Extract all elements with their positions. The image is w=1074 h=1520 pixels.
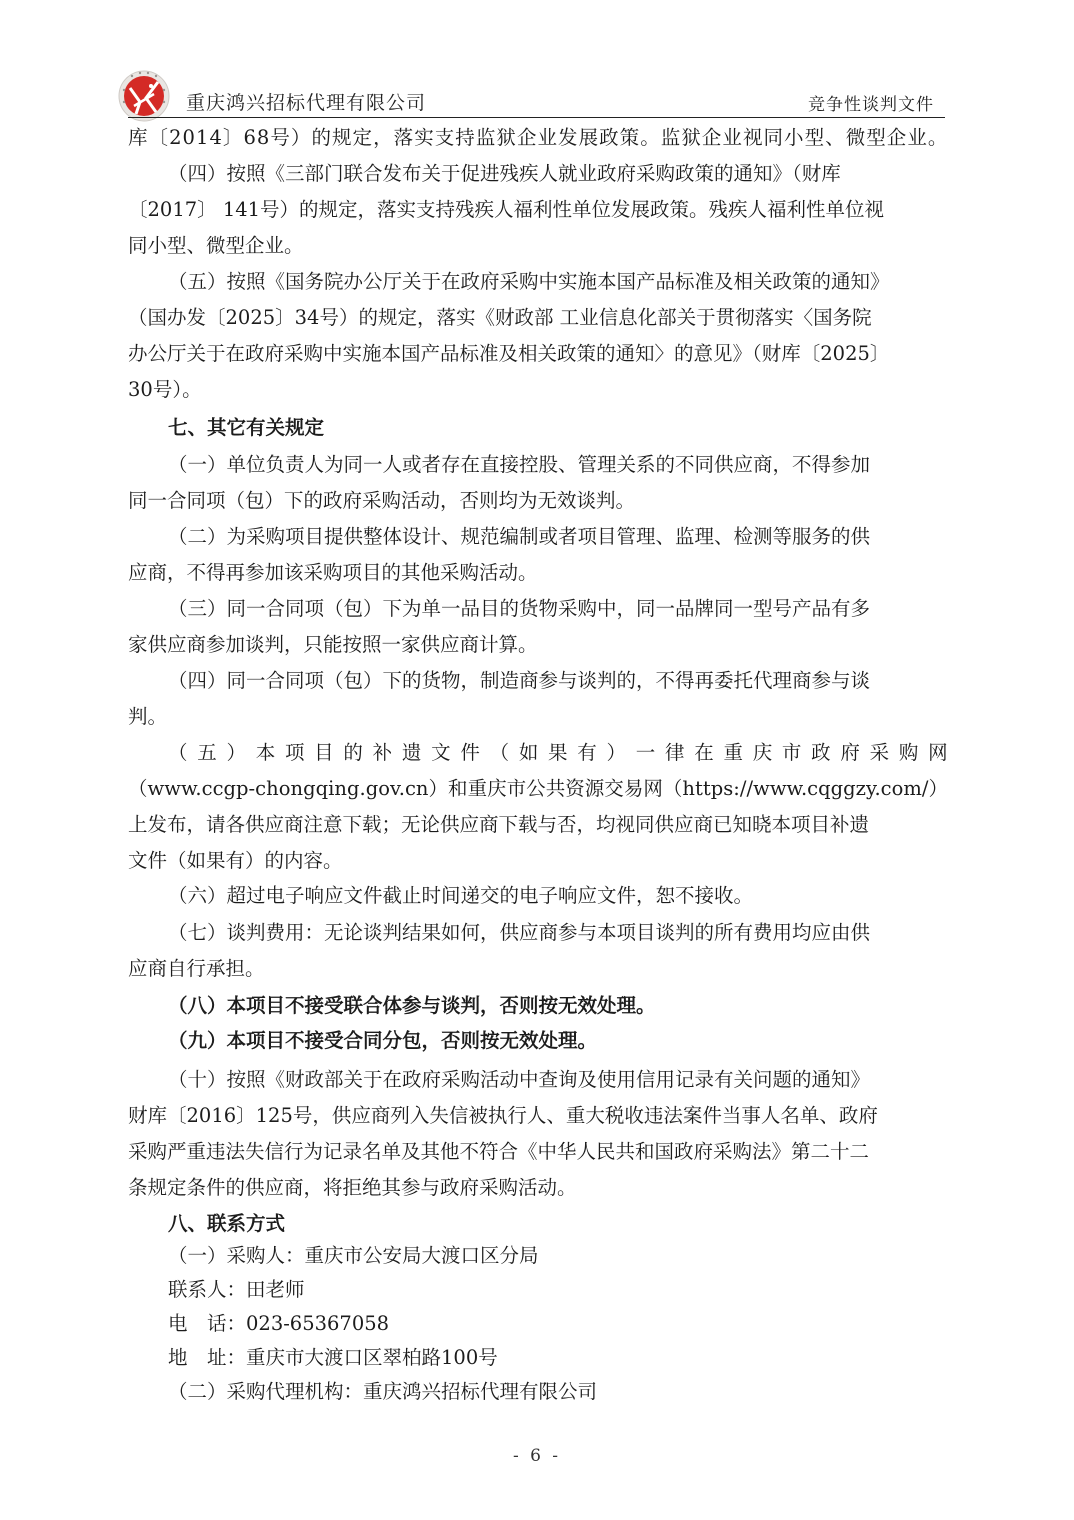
text-char: 律 bbox=[665, 735, 685, 771]
text-char: 项 bbox=[285, 735, 305, 771]
text-line: （七）谈判费用：无论谈判结果如何，供应商参与本项目谈判的所有费用均应由供 bbox=[168, 915, 870, 951]
text-char: 件 bbox=[460, 735, 480, 771]
text-char: 遗 bbox=[402, 735, 422, 771]
header-divider bbox=[128, 117, 945, 118]
text-line: 库〔2014〕68号）的规定，落实支持监狱企业发展政策。监狱企业视同小型、微型企… bbox=[128, 120, 948, 156]
page-header: 重庆鸿兴招标代理有限公司 竞争性谈判文件 bbox=[126, 68, 944, 118]
text-line: 文件（如果有）的内容。 bbox=[128, 843, 343, 879]
text-char: 补 bbox=[373, 735, 393, 771]
text-char: ） bbox=[226, 735, 246, 771]
text-char: 庆 bbox=[753, 735, 773, 771]
text-line: （四）按照《三部门联合发布关于促进残疾人就业政府采购政策的通知》（财库 bbox=[168, 156, 841, 192]
text-char: 在 bbox=[694, 735, 714, 771]
text-line: （国办发〔2025〕34号）的规定，落实《财政部 工业信息化部关于贯彻落实〈国务… bbox=[128, 300, 872, 336]
text-line: 同一合同项（包）下的政府采购活动，否则均为无效谈判。 bbox=[128, 483, 635, 519]
section-heading: 七、其它有关规定 bbox=[168, 410, 324, 446]
text-char: 一 bbox=[636, 735, 656, 771]
company-seal-logo-icon bbox=[118, 68, 170, 124]
text-line: 电 话：023-65367058 bbox=[168, 1306, 389, 1342]
text-char: 采 bbox=[870, 735, 890, 771]
header-company-name: 重庆鸿兴招标代理有限公司 bbox=[186, 88, 426, 115]
text-line: 采购严重违法失信行为记录名单及其他不符合《中华人民共和国政府采购法》第二十二 bbox=[128, 1134, 869, 1170]
page-number: - 6 - bbox=[0, 1446, 1074, 1466]
text-line: （四）同一合同项（包）下的货物，制造商参与谈判的，不得再委托代理商参与谈 bbox=[168, 663, 870, 699]
text-char: 市 bbox=[782, 735, 802, 771]
text-line: 地 址：重庆市大渡口区翠柏路100号 bbox=[168, 1340, 498, 1376]
text-char: 政 bbox=[811, 735, 831, 771]
section-heading: 八、联系方式 bbox=[168, 1206, 285, 1242]
section-heading: （八）本项目不接受联合体参与谈判，否则按无效处理。 bbox=[168, 988, 656, 1024]
header-document-type: 竞争性谈判文件 bbox=[808, 90, 934, 115]
text-line: 条规定条件的供应商，将拒绝其参与政府采购活动。 bbox=[128, 1170, 577, 1206]
text-line: 联系人：田老师 bbox=[168, 1272, 305, 1308]
text-line: 同小型、微型企业。 bbox=[128, 228, 304, 264]
text-char: 的 bbox=[343, 735, 363, 771]
text-char: 果 bbox=[548, 735, 568, 771]
text-line: （二）为采购项目提供整体设计、规范编制或者项目管理、监理、检测等服务的供 bbox=[168, 519, 870, 555]
text-line: 判。 bbox=[128, 699, 167, 735]
text-line: （十）按照《财政部关于在政府采购活动中查询及使用信用记录有关问题的通知》 bbox=[168, 1062, 870, 1098]
text-char: 网 bbox=[928, 735, 948, 771]
text-line: （五）本项目的补遗文件（如果有）一律在重庆市政府采购网 bbox=[168, 735, 948, 771]
text-line: 办公厅关于在政府采购中实施本国产品标准及相关政策的通知〉的意见》（财库〔2025… bbox=[128, 336, 889, 372]
text-char: 五 bbox=[197, 735, 217, 771]
text-char: 目 bbox=[314, 735, 334, 771]
text-line: 〔2017〕 141号）的规定，落实支持残疾人福利性单位发展政策。残疾人福利性单… bbox=[128, 192, 884, 228]
text-char: （ bbox=[490, 735, 510, 771]
text-char: 购 bbox=[899, 735, 919, 771]
text-line: 上发布，请各供应商注意下载；无论供应商下载与否，均视同供应商已知晓本项目补遗 bbox=[128, 807, 869, 843]
text-line: 财库〔2016〕125号，供应商列入失信被执行人、重大税收违法案件当事人名单、政… bbox=[128, 1098, 878, 1134]
text-char: （ bbox=[168, 735, 188, 771]
section-heading: （九）本项目不接受合同分包，否则按无效处理。 bbox=[168, 1023, 597, 1059]
text-char: ） bbox=[607, 735, 627, 771]
text-line: 应商自行承担。 bbox=[128, 951, 265, 987]
text-line: （六）超过电子响应文件截止时间递交的电子响应文件，恕不接收。 bbox=[168, 878, 753, 914]
text-char: 如 bbox=[519, 735, 539, 771]
text-line: （www.ccgp-chongqing.gov.cn）和重庆市公共资源交易网（h… bbox=[128, 771, 948, 807]
text-char: 重 bbox=[723, 735, 743, 771]
text-char: 本 bbox=[256, 735, 276, 771]
text-line: （三）同一合同项（包）下为单一品目的货物采购中，同一品牌同一型号产品有多 bbox=[168, 591, 870, 627]
text-line: （二）采购代理机构：重庆鸿兴招标代理有限公司 bbox=[168, 1374, 597, 1410]
text-line: 30号）。 bbox=[128, 372, 202, 408]
text-line: （五）按照《国务院办公厅关于在政府采购中实施本国产品标准及相关政策的通知》 bbox=[168, 264, 890, 300]
text-line: 家供应商参加谈判，只能按照一家供应商计算。 bbox=[128, 627, 538, 663]
text-char: 有 bbox=[577, 735, 597, 771]
document-page: 重庆鸿兴招标代理有限公司 竞争性谈判文件 库〔2014〕68号）的规定，落实支持… bbox=[0, 0, 1074, 1520]
text-line: 应商，不得再参加该采购项目的其他采购活动。 bbox=[128, 555, 538, 591]
text-char: 府 bbox=[840, 735, 860, 771]
text-line: （一）单位负责人为同一人或者存在直接控股、管理关系的不同供应商，不得参加 bbox=[168, 447, 870, 483]
text-line: （一）采购人：重庆市公安局大渡口区分局 bbox=[168, 1238, 539, 1274]
text-char: 文 bbox=[431, 735, 451, 771]
